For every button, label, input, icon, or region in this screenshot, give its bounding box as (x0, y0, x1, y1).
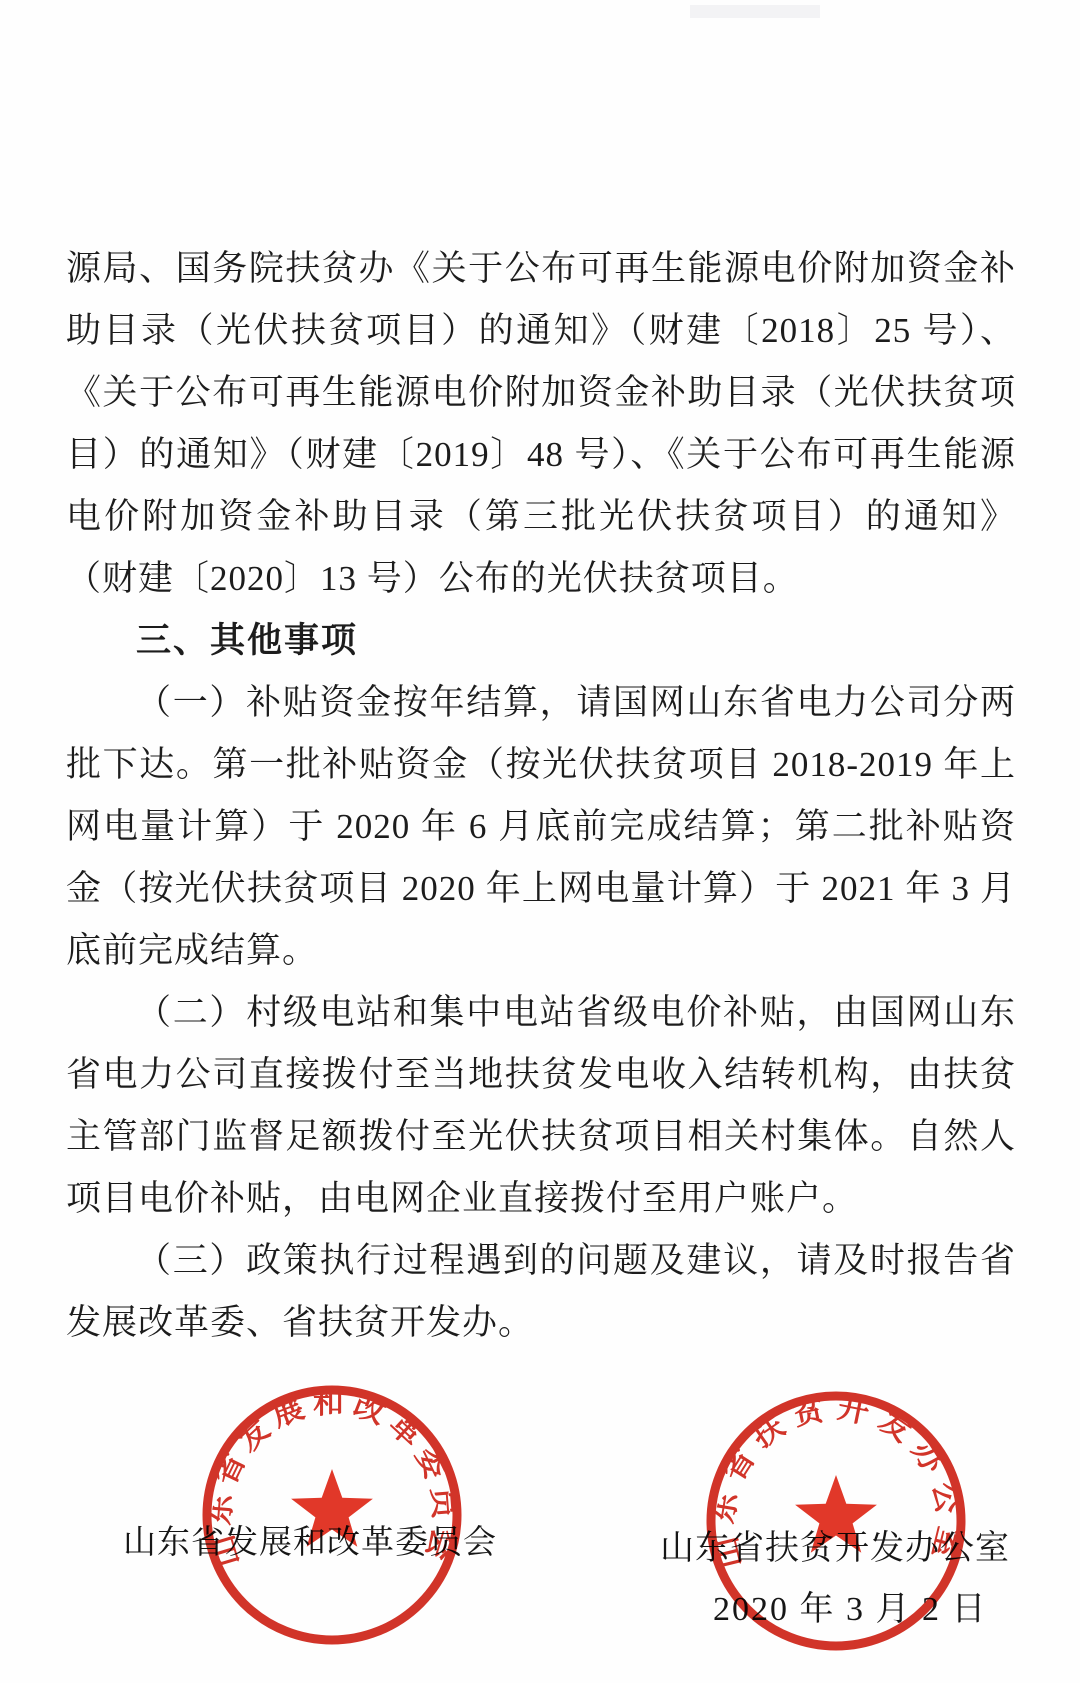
section-heading: 三、其他事项 (66, 610, 1016, 672)
official-seal-right-icon: 山东省扶贫开发办公室 (701, 1386, 971, 1656)
paragraph-item-1: （一）补贴资金按年结算，请国网山东省电力公司分两批下达。第一批补贴资金（按光伏扶… (66, 672, 1016, 982)
document-page: 源局、国务院扶贫办《关于公布可再生能源电价附加资金补助目录（光伏扶贫项目）的通知… (0, 0, 1080, 1683)
paragraph-continuation: 源局、国务院扶贫办《关于公布可再生能源电价附加资金补助目录（光伏扶贫项目）的通知… (66, 238, 1016, 610)
paragraph-item-3: （三）政策执行过程遇到的问题及建议，请及时报告省发展改革委、省扶贫开发办。 (66, 1230, 1016, 1354)
star-icon (795, 1475, 877, 1553)
star-icon (291, 1469, 373, 1547)
paragraph-item-2: （二）村级电站和集中电站省级电价补贴，由国网山东省电力公司直接拨付至当地扶贫发电… (66, 982, 1016, 1230)
scan-artifact (690, 5, 820, 18)
document-body: 源局、国务院扶贫办《关于公布可再生能源电价附加资金补助目录（光伏扶贫项目）的通知… (66, 238, 1016, 1354)
official-seal-left-icon: 山东省发展和改革委员会 (197, 1380, 467, 1650)
